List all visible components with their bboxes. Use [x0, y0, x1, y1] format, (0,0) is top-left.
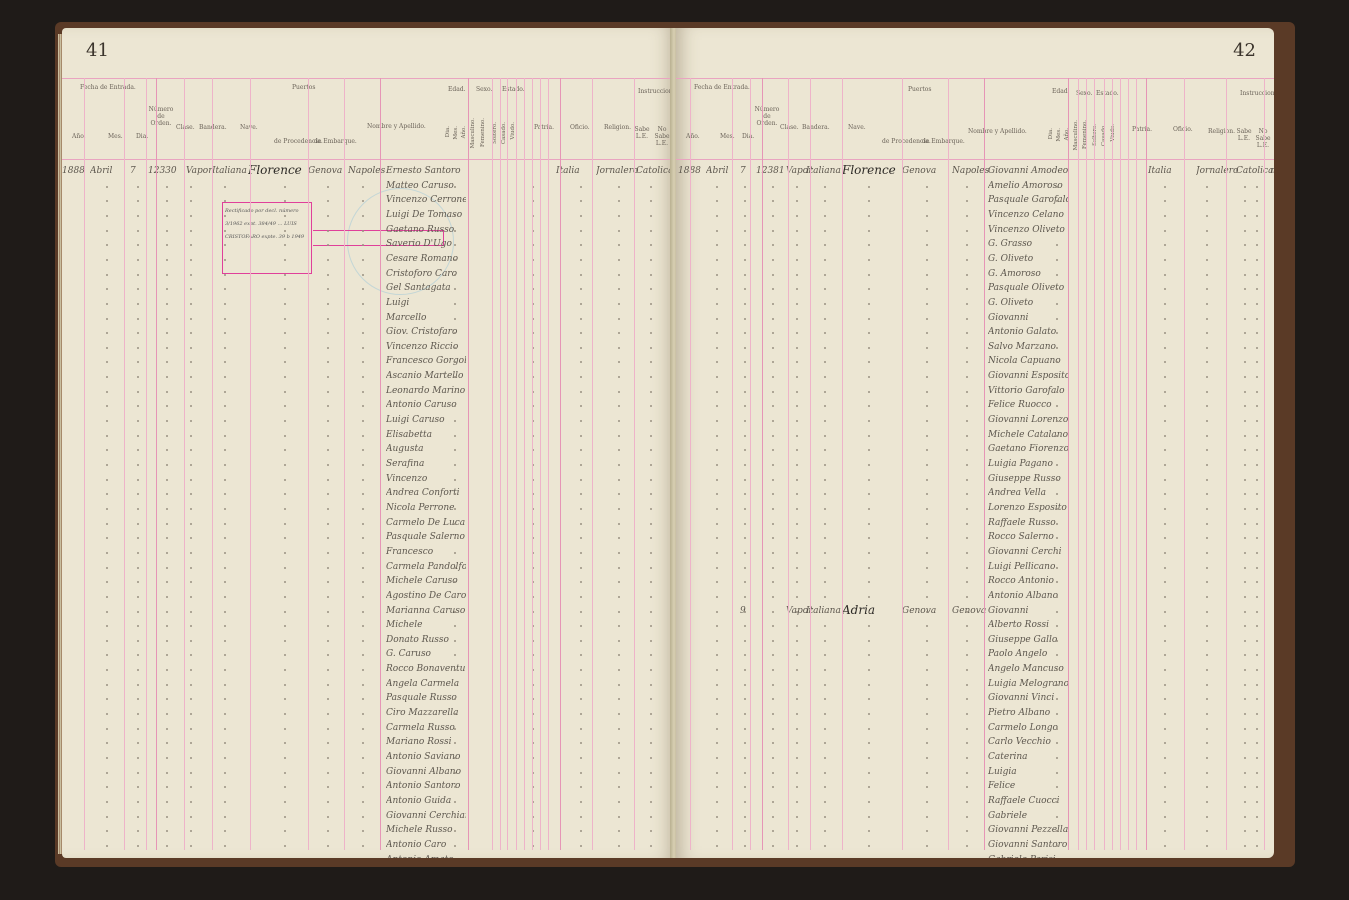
- ditto-mark: [744, 640, 746, 642]
- ditto-mark: [580, 288, 582, 290]
- ditto-mark: [824, 318, 826, 320]
- ditto-mark: [1206, 405, 1208, 407]
- ditto-mark: [1244, 742, 1246, 744]
- ditto-mark: [1256, 464, 1258, 466]
- ditto-mark: [716, 361, 718, 363]
- ditto-mark: [650, 347, 652, 349]
- ditto-mark: [966, 361, 968, 363]
- ditto-mark: [106, 435, 108, 437]
- ditto-mark: [868, 493, 870, 495]
- ditto-mark: [580, 230, 582, 232]
- ditto-mark: [1256, 713, 1258, 715]
- ditto-mark: [137, 464, 139, 466]
- ditto-mark: [824, 772, 826, 774]
- ditto-mark: [744, 552, 746, 554]
- ditto-mark: [224, 581, 226, 583]
- ditto-mark: [1164, 772, 1166, 774]
- ditto-mark: [327, 361, 329, 363]
- ditto-mark: [327, 479, 329, 481]
- ditto-mark: [716, 479, 718, 481]
- ditto-mark: [284, 830, 286, 832]
- ditto-mark: [580, 405, 582, 407]
- ditto-mark: [190, 596, 192, 598]
- ditto-mark: [362, 493, 364, 495]
- port-origin: Genova: [902, 606, 936, 616]
- ditto-mark: [796, 420, 798, 422]
- ditto-mark: [926, 728, 928, 730]
- ditto-mark: [926, 713, 928, 715]
- ditto-mark: [1256, 611, 1258, 613]
- ditto-mark: [1206, 552, 1208, 554]
- ditto-mark: [284, 186, 286, 188]
- ditto-mark: [166, 698, 168, 700]
- col-numero: Número de Orden.: [754, 106, 780, 127]
- ruled-column-line: [592, 78, 593, 850]
- ditto-mark: [1256, 728, 1258, 730]
- ditto-mark: [966, 347, 968, 349]
- ditto-mark: [824, 508, 826, 510]
- ditto-mark: [327, 816, 329, 818]
- ditto-mark: [868, 376, 870, 378]
- ruled-column-line: [146, 78, 147, 850]
- ditto-mark: [327, 581, 329, 583]
- ditto-mark: [618, 376, 620, 378]
- ditto-mark: [190, 332, 192, 334]
- ditto-mark: [284, 786, 286, 788]
- ditto-mark: [796, 288, 798, 290]
- ditto-mark: [926, 391, 928, 393]
- ditto-mark: [224, 742, 226, 744]
- ditto-mark: [796, 581, 798, 583]
- ditto-mark: [618, 405, 620, 407]
- ruled-column-line: [1226, 78, 1227, 850]
- ditto-mark: [1164, 581, 1166, 583]
- ditto-mark: [224, 332, 226, 334]
- ditto-mark: [618, 596, 620, 598]
- ditto-mark: [580, 757, 582, 759]
- col-sabe: Sabe L.E.: [1236, 128, 1252, 142]
- ditto-mark: [1056, 567, 1058, 569]
- ditto-mark: [284, 274, 286, 276]
- ditto-mark: [772, 567, 774, 569]
- col-oficio: Oficio.: [570, 124, 590, 131]
- ditto-mark: [137, 757, 139, 759]
- ditto-mark: [284, 435, 286, 437]
- ditto-mark: [1056, 479, 1058, 481]
- ditto-mark: [966, 303, 968, 305]
- ditto-mark: [716, 801, 718, 803]
- ditto-mark: [824, 347, 826, 349]
- ditto-mark: [1244, 259, 1246, 261]
- ditto-mark: [824, 537, 826, 539]
- ditto-mark: [1206, 449, 1208, 451]
- ditto-mark: [650, 464, 652, 466]
- ditto-mark: [190, 757, 192, 759]
- ditto-mark: [106, 742, 108, 744]
- ditto-mark: [796, 713, 798, 715]
- col-no-sabe: No Sabe L.E.: [652, 126, 672, 147]
- ditto-mark: [716, 581, 718, 583]
- ditto-mark: [454, 772, 456, 774]
- ditto-mark: [650, 684, 652, 686]
- ditto-mark: [284, 728, 286, 730]
- ditto-mark: [716, 318, 718, 320]
- ditto-mark: [926, 596, 928, 598]
- ditto-mark: [1244, 318, 1246, 320]
- ditto-mark: [362, 698, 364, 700]
- ditto-mark: [1256, 405, 1258, 407]
- ditto-mark: [868, 186, 870, 188]
- ditto-mark: [1164, 479, 1166, 481]
- ditto-mark: [824, 698, 826, 700]
- ditto-mark: [716, 244, 718, 246]
- ditto-mark: [772, 552, 774, 554]
- ditto-mark: [966, 288, 968, 290]
- ditto-mark: [868, 537, 870, 539]
- ditto-mark: [1256, 376, 1258, 378]
- ditto-mark: [137, 493, 139, 495]
- ditto-mark: [744, 757, 746, 759]
- ditto-mark: [224, 361, 226, 363]
- ditto-mark: [1256, 581, 1258, 583]
- ditto-mark: [824, 801, 826, 803]
- ditto-mark: [716, 625, 718, 627]
- ditto-mark: [284, 845, 286, 847]
- vessel-flag: Italiana: [212, 166, 247, 176]
- ditto-mark: [868, 742, 870, 744]
- ditto-mark: [224, 816, 226, 818]
- ditto-mark: [796, 347, 798, 349]
- ditto-mark: [1256, 274, 1258, 276]
- ditto-mark: [580, 259, 582, 261]
- ditto-mark: [454, 318, 456, 320]
- ditto-mark: [137, 479, 139, 481]
- ditto-mark: [744, 830, 746, 832]
- ditto-mark: [868, 845, 870, 847]
- ditto-mark: [1256, 215, 1258, 217]
- ditto-mark: [1056, 728, 1058, 730]
- ditto-mark: [106, 640, 108, 642]
- ditto-mark: [284, 318, 286, 320]
- ditto-mark: [824, 611, 826, 613]
- ruled-column-line: [1086, 78, 1087, 850]
- ditto-mark: [824, 244, 826, 246]
- ditto-mark: [454, 215, 456, 217]
- ditto-mark: [772, 449, 774, 451]
- ditto-mark: [716, 288, 718, 290]
- ditto-mark: [618, 816, 620, 818]
- ditto-mark: [1164, 274, 1166, 276]
- ditto-mark: [1244, 420, 1246, 422]
- ditto-mark: [772, 596, 774, 598]
- ditto-mark: [580, 596, 582, 598]
- ditto-mark: [327, 786, 329, 788]
- ditto-mark: [650, 581, 652, 583]
- ditto-mark: [1164, 552, 1166, 554]
- col-fecha: Fecha de Entrada.: [694, 84, 750, 91]
- ditto-mark: [650, 611, 652, 613]
- ditto-mark: [327, 186, 329, 188]
- ditto-mark: [224, 552, 226, 554]
- ditto-mark: [362, 625, 364, 627]
- ditto-mark: [966, 801, 968, 803]
- ruled-column-line: [1184, 78, 1185, 850]
- ditto-mark: [327, 230, 329, 232]
- ditto-mark: [744, 728, 746, 730]
- col-oficio: Oficio.: [1173, 126, 1193, 133]
- ditto-mark: [1206, 611, 1208, 613]
- ditto-mark: [824, 376, 826, 378]
- ditto-mark: [362, 376, 364, 378]
- ditto-mark: [868, 830, 870, 832]
- ditto-mark: [926, 479, 928, 481]
- ditto-mark: [1206, 786, 1208, 788]
- ditto-mark: [868, 391, 870, 393]
- ditto-mark: [1244, 669, 1246, 671]
- ditto-mark: [868, 405, 870, 407]
- ditto-mark: [224, 698, 226, 700]
- ditto-mark: [580, 640, 582, 642]
- ruled-column-line: [634, 78, 635, 850]
- ditto-mark: [1256, 391, 1258, 393]
- ditto-mark: [224, 537, 226, 539]
- ditto-mark: [796, 786, 798, 788]
- ditto-mark: [1244, 347, 1246, 349]
- ditto-mark: [716, 376, 718, 378]
- ditto-mark: [824, 684, 826, 686]
- ditto-mark: [868, 230, 870, 232]
- ditto-mark: [868, 464, 870, 466]
- ditto-mark: [224, 772, 226, 774]
- ditto-mark: [362, 552, 364, 554]
- ditto-mark: [966, 420, 968, 422]
- ditto-mark: [1164, 420, 1166, 422]
- ditto-mark: [362, 772, 364, 774]
- passenger-name: Ernesto Santoro: [386, 166, 466, 176]
- ditto-mark: [1164, 464, 1166, 466]
- ditto-mark: [454, 728, 456, 730]
- ditto-mark: [772, 801, 774, 803]
- ditto-mark: [926, 523, 928, 525]
- ditto-mark: [1056, 259, 1058, 261]
- ditto-mark: [362, 830, 364, 832]
- ditto-mark: [772, 405, 774, 407]
- ditto-mark: [454, 186, 456, 188]
- ditto-mark: [650, 420, 652, 422]
- ditto-mark: [744, 772, 746, 774]
- ditto-mark: [580, 361, 582, 363]
- ditto-mark: [868, 640, 870, 642]
- ditto-mark: [190, 303, 192, 305]
- ditto-mark: [580, 728, 582, 730]
- ditto-mark: [926, 361, 928, 363]
- ditto-mark: [190, 215, 192, 217]
- ditto-mark: [190, 801, 192, 803]
- ditto-mark: [824, 391, 826, 393]
- ditto-mark: [716, 186, 718, 188]
- ditto-mark: [772, 537, 774, 539]
- ditto-mark: [580, 845, 582, 847]
- ditto-mark: [772, 669, 774, 671]
- ditto-mark: [137, 391, 139, 393]
- ditto-mark: [1056, 772, 1058, 774]
- ditto-mark: [824, 186, 826, 188]
- ditto-mark: [772, 332, 774, 334]
- ditto-mark: [190, 581, 192, 583]
- ditto-mark: [1056, 816, 1058, 818]
- ditto-mark: [772, 464, 774, 466]
- ditto-mark: [966, 523, 968, 525]
- ditto-mark: [772, 742, 774, 744]
- ditto-mark: [772, 523, 774, 525]
- ditto-mark: [580, 772, 582, 774]
- ditto-mark: [190, 640, 192, 642]
- ditto-mark: [618, 420, 620, 422]
- ditto-mark: [454, 611, 456, 613]
- ditto-mark: [1206, 200, 1208, 202]
- ditto-mark: [106, 376, 108, 378]
- ditto-mark: [650, 318, 652, 320]
- ditto-mark: [284, 611, 286, 613]
- ditto-mark: [618, 303, 620, 305]
- ruled-column-line: [540, 78, 541, 850]
- ditto-mark: [772, 786, 774, 788]
- ditto-mark: [772, 376, 774, 378]
- ditto-mark: [650, 332, 652, 334]
- ditto-mark: [190, 830, 192, 832]
- ditto-mark: [166, 611, 168, 613]
- ditto-mark: [1244, 493, 1246, 495]
- ditto-mark: [744, 244, 746, 246]
- ditto-mark: [926, 420, 928, 422]
- ditto-mark: [650, 830, 652, 832]
- ditto-mark: [190, 391, 192, 393]
- ditto-mark: [650, 640, 652, 642]
- religion: Catolica: [636, 166, 673, 176]
- ditto-mark: [618, 845, 620, 847]
- ditto-mark: [744, 405, 746, 407]
- ditto-mark: [796, 669, 798, 671]
- ditto-mark: [824, 303, 826, 305]
- ditto-mark: [362, 274, 364, 276]
- ditto-mark: [362, 186, 364, 188]
- col-edad: Edad.: [448, 86, 466, 93]
- ditto-mark: [137, 303, 139, 305]
- ditto-mark: [744, 318, 746, 320]
- vessel-name: Florence: [842, 163, 896, 177]
- ditto-mark: [1256, 845, 1258, 847]
- entry-order-number: 12381: [756, 166, 785, 176]
- ditto-mark: [284, 303, 286, 305]
- ditto-mark: [106, 405, 108, 407]
- ditto-mark: [618, 757, 620, 759]
- ditto-mark: [106, 230, 108, 232]
- ditto-mark: [284, 757, 286, 759]
- ditto-mark: [454, 464, 456, 466]
- ditto-mark: [966, 449, 968, 451]
- ditto-mark: [1256, 449, 1258, 451]
- ditto-mark: [1256, 435, 1258, 437]
- ditto-mark: [137, 259, 139, 261]
- ditto-mark: [868, 200, 870, 202]
- ditto-mark: [796, 698, 798, 700]
- ditto-mark: [137, 508, 139, 510]
- ditto-mark: [327, 347, 329, 349]
- ditto-mark: [1164, 728, 1166, 730]
- ditto-mark: [327, 625, 329, 627]
- ditto-mark: [327, 654, 329, 656]
- ditto-mark: [137, 669, 139, 671]
- ditto-mark: [284, 244, 286, 246]
- ditto-mark: [966, 332, 968, 334]
- ditto-mark: [580, 391, 582, 393]
- ditto-mark: [106, 215, 108, 217]
- ditto-mark: [1256, 508, 1258, 510]
- ditto-mark: [284, 742, 286, 744]
- port-embarkation: Genova: [952, 606, 986, 616]
- ditto-mark: [796, 435, 798, 437]
- ditto-mark: [966, 537, 968, 539]
- ditto-mark: [650, 186, 652, 188]
- ditto-mark: [166, 830, 168, 832]
- ruled-column-line: [984, 78, 985, 850]
- ditto-mark: [327, 464, 329, 466]
- ditto-mark: [824, 654, 826, 656]
- ditto-mark: [824, 405, 826, 407]
- ditto-mark: [966, 259, 968, 261]
- ditto-mark: [362, 713, 364, 715]
- ditto-mark: [137, 742, 139, 744]
- ditto-mark: [327, 493, 329, 495]
- ditto-mark: [744, 845, 746, 847]
- ditto-mark: [1206, 244, 1208, 246]
- col-estado: Estado.: [502, 86, 525, 93]
- ditto-mark: [1244, 332, 1246, 334]
- ditto-mark: [327, 523, 329, 525]
- ditto-mark: [1206, 801, 1208, 803]
- ditto-mark: [284, 347, 286, 349]
- ditto-mark: [327, 552, 329, 554]
- ditto-mark: [1164, 347, 1166, 349]
- ditto-mark: [618, 625, 620, 627]
- ruled-column-line: [507, 78, 508, 850]
- ditto-mark: [1164, 567, 1166, 569]
- ditto-mark: [106, 244, 108, 246]
- ditto-mark: [744, 376, 746, 378]
- col-edad-mes: Mes.: [1056, 128, 1062, 141]
- ditto-mark: [166, 669, 168, 671]
- ditto-mark: [106, 596, 108, 598]
- ditto-mark: [966, 596, 968, 598]
- ruled-column-line: [810, 78, 811, 850]
- ditto-mark: [1164, 757, 1166, 759]
- ditto-mark: [966, 757, 968, 759]
- ditto-mark: [926, 303, 928, 305]
- ditto-mark: [1244, 830, 1246, 832]
- ditto-mark: [284, 596, 286, 598]
- ditto-mark: [224, 493, 226, 495]
- col-femenino: Femenino.: [480, 118, 486, 147]
- ditto-mark: [137, 288, 139, 290]
- ditto-mark: [284, 332, 286, 334]
- ditto-mark: [744, 713, 746, 715]
- ditto-mark: [1244, 288, 1246, 290]
- ditto-mark: [580, 274, 582, 276]
- ruled-column-line: [548, 78, 549, 850]
- ditto-mark: [106, 537, 108, 539]
- ditto-mark: [1256, 361, 1258, 363]
- ditto-mark: [772, 288, 774, 290]
